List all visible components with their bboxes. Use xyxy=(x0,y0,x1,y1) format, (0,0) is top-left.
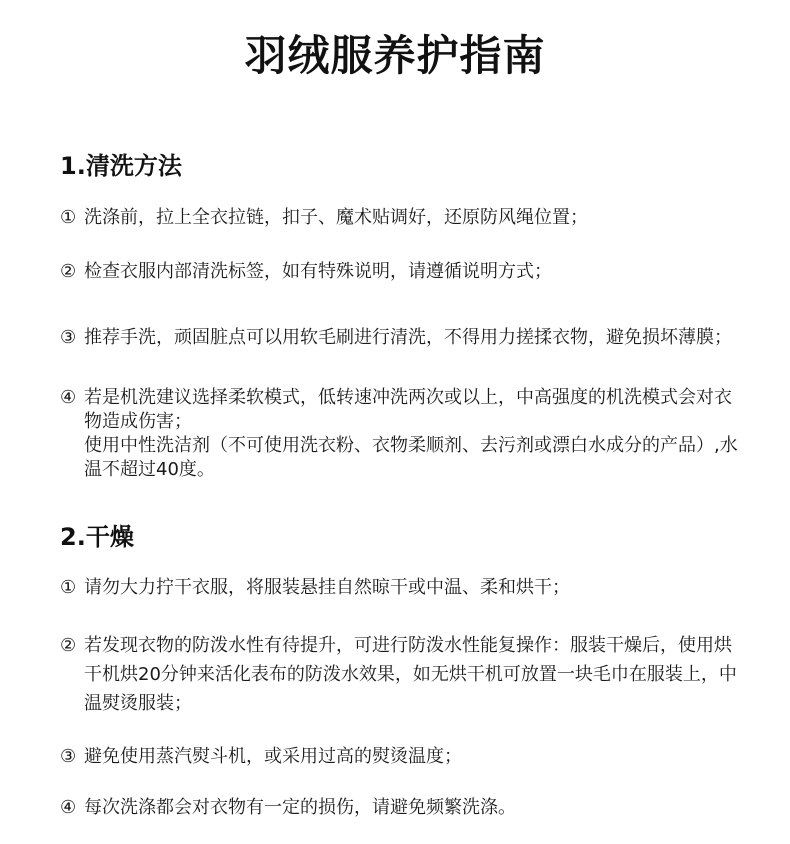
section-heading-washing: 1.清洗方法 xyxy=(60,150,182,182)
step-number-1: ① xyxy=(60,576,84,600)
step-number-3: ③ xyxy=(60,326,84,350)
washing-step-4: ④ 若是机洗建议选择柔软模式，低转速冲洗两次或以上，中高强度的机洗模式会对衣物造… xyxy=(60,386,740,482)
step-number-2: ② xyxy=(60,260,84,284)
step-number-1: ① xyxy=(60,206,84,230)
drying-step-2: ② 若发现衣物的防泼水性有待提升，可进行防泼水性能复操作：服装干燥后，使用烘干机… xyxy=(60,631,740,718)
step-text-detergent: 使用中性洗洁剂（不可使用洗衣粉、衣物柔顺剂、去污剂或漂白水成分的产品）,水温不超… xyxy=(84,434,740,482)
section-heading-drying: 2.干燥 xyxy=(60,521,134,553)
step-text: 洗涤前，拉上全衣拉链，扣子、魔术贴调好，还原防风绳位置； xyxy=(84,206,740,230)
step-number-4: ④ xyxy=(60,796,84,820)
step-text: 若发现衣物的防泼水性有待提升，可进行防泼水性能复操作：服装干燥后，使用烘干机烘2… xyxy=(84,631,740,718)
step-text: 若是机洗建议选择柔软模式，低转速冲洗两次或以上，中高强度的机洗模式会对衣物造成伤… xyxy=(84,386,740,434)
step-text: 请勿大力拧干衣服，将服装悬挂自然晾干或中温、柔和烘干； xyxy=(84,576,740,600)
step-number-4: ④ xyxy=(60,386,84,482)
step-text: 每次洗涤都会对衣物有一定的损伤，请避免频繁洗涤。 xyxy=(84,796,740,820)
step-text: 避免使用蒸汽熨斗机，或采用过高的熨烫温度； xyxy=(84,745,740,769)
drying-step-4: ④ 每次洗涤都会对衣物有一定的损伤，请避免频繁洗涤。 xyxy=(60,796,740,820)
step-text: 推荐手洗，顽固脏点可以用软毛刷进行清洗，不得用力搓揉衣物，避免损坏薄膜； xyxy=(84,326,740,350)
drying-step-3: ③ 避免使用蒸汽熨斗机，或采用过高的熨烫温度； xyxy=(60,745,740,769)
page-title: 羽绒服养护指南 xyxy=(0,28,790,84)
step-text: 检查衣服内部清洗标签，如有特殊说明，请遵循说明方式； xyxy=(84,260,740,284)
washing-step-2: ② 检查衣服内部清洗标签，如有特殊说明，请遵循说明方式； xyxy=(60,260,740,284)
washing-step-1: ① 洗涤前，拉上全衣拉链，扣子、魔术贴调好，还原防风绳位置； xyxy=(60,206,740,230)
washing-step-3: ③ 推荐手洗，顽固脏点可以用软毛刷进行清洗，不得用力搓揉衣物，避免损坏薄膜； xyxy=(60,326,740,350)
step-number-2: ② xyxy=(60,631,84,718)
drying-step-1: ① 请勿大力拧干衣服，将服装悬挂自然晾干或中温、柔和烘干； xyxy=(60,576,740,600)
step-number-3: ③ xyxy=(60,745,84,769)
